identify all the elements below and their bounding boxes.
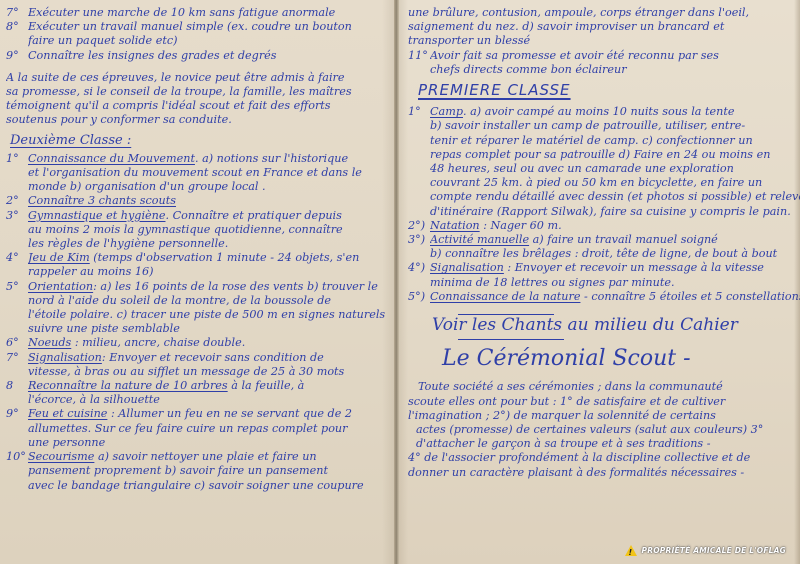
item-text: : Nager 60 m. <box>480 219 562 232</box>
item-number: 3°) <box>408 233 430 261</box>
item-title: Signalisation <box>28 351 102 364</box>
chants-note: Voir les Chants au milieu du Cahier <box>432 318 786 332</box>
list-item: 2° Connaître 3 chants scouts <box>6 194 388 208</box>
item-text: : Allumer un feu en ne se servant que de… <box>107 407 352 420</box>
item-number: 7° <box>6 351 28 379</box>
item-text: l'écorce, à la silhouette <box>28 393 388 407</box>
list-item: 7° Signalisation: Envoyer et recevoir sa… <box>6 351 388 379</box>
item-title: Reconnaître la nature de 10 arbres <box>28 379 228 392</box>
item-number: 10° <box>6 450 28 493</box>
item-text: suivre une piste semblable <box>28 322 388 336</box>
paragraph-line: témoignent qu'il a compris l'idéal scout… <box>6 99 388 113</box>
item-text: couvrant 25 km. à pied ou 50 km en bicyc… <box>430 176 800 190</box>
item-text: tenir et réparer le matériel de camp. c)… <box>430 134 800 148</box>
item-text: - connaître 5 étoiles et 5 constellation… <box>580 290 800 303</box>
item-text: b) savoir installer un camp de patrouill… <box>430 119 800 133</box>
paragraph-line: Toute société a ses cérémonies ; dans la… <box>408 380 786 394</box>
list-item: 5°) Connaissance de la nature - connaîtr… <box>408 290 786 304</box>
paragraph-line: donner un caractère plaisant à des forma… <box>408 466 786 480</box>
watermark-text: PROPRIÉTÉ AMICALE DE L'OFLAG <box>642 544 786 558</box>
list-item: 4°) Signalisation : Envoyer et recevoir … <box>408 261 786 289</box>
list-item: 4° Jeu de Kim (temps d'observation 1 min… <box>6 251 388 279</box>
item-text: d'itinéraire (Rapport Silwak), faire sa … <box>430 205 800 219</box>
item-text: Avoir fait sa promesse et avoir été reco… <box>430 49 786 63</box>
paragraph-line: une brûlure, contusion, ampoule, corps é… <box>408 6 786 20</box>
list-item: 1° Camp. a) avoir campé au moins 10 nuit… <box>408 105 786 219</box>
paragraph-line: soutenus pour y conformer sa conduite. <box>6 113 388 127</box>
item-text: pansement proprement b) savoir faire un … <box>28 464 388 478</box>
section-heading-deuxieme-classe: Deuxième Classe : <box>10 134 388 148</box>
item-text: a) faire un travail manuel soigné <box>529 233 718 246</box>
item-title: Jeu de Kim <box>28 251 90 264</box>
item-number: 1° <box>6 152 28 195</box>
list-item: 5° Orientation: a) les 16 points de la r… <box>6 280 388 337</box>
item-number: 4° <box>6 251 28 279</box>
item-number: 2° <box>6 194 28 208</box>
item-number: 9° <box>6 407 28 450</box>
ceremonial-paragraph: Toute société a ses cérémonies ; dans la… <box>408 380 786 479</box>
item-text: les règles de l'hygiène personnelle. <box>28 237 388 251</box>
item-text: chefs directs comme bon éclaireur <box>430 63 786 77</box>
item-number: 5° <box>6 280 28 337</box>
item-number: 8° <box>6 20 28 48</box>
item-text: nord à l'aide du soleil de la montre, de… <box>28 294 388 308</box>
paragraph-line: 4° de l'associer profondément à la disci… <box>408 451 786 465</box>
watermark: PROPRIÉTÉ AMICALE DE L'OFLAG <box>625 544 786 558</box>
item-title: Connaissance du Mouvement <box>28 152 195 165</box>
list-item: 8 Reconnaître la nature de 10 arbres à l… <box>6 379 388 407</box>
item-text: . a) avoir campé au moins 10 nuits sous … <box>463 105 734 118</box>
item-text: monde b) organisation d'un groupe local … <box>28 180 388 194</box>
list-item: 2°) Natation : Nager 60 m. <box>408 219 786 233</box>
item-number: 11° <box>408 49 430 77</box>
item-title: Natation <box>430 219 480 232</box>
list-item: 10° Secourisme a) savoir nettoyer une pl… <box>6 450 388 493</box>
item-number: 2°) <box>408 219 430 233</box>
item-text: vitesse, à bras ou au sifflet un message… <box>28 365 388 379</box>
item-text: rappeler au moins 16) <box>28 265 388 279</box>
list-item: 9° Feu et cuisine : Allumer un feu en ne… <box>6 407 388 450</box>
item-number: 3° <box>6 209 28 252</box>
left-page: 7° Exécuter une marche de 10 km sans fat… <box>0 0 396 564</box>
item-number: 9° <box>6 49 28 63</box>
item-title: Camp <box>430 105 463 118</box>
item-text: allumettes. Sur ce feu faire cuire un re… <box>28 422 388 436</box>
list-item: 8° Exécuter un travail manuel simple (ex… <box>6 20 388 48</box>
item-title: Activité manuelle <box>430 233 529 246</box>
section-heading-premiere-classe: PREMIERE CLASSE <box>418 83 786 97</box>
secourisme-continuation: une brûlure, contusion, ampoule, corps é… <box>408 6 786 49</box>
item-title: Connaissance de la nature <box>430 290 580 303</box>
list-item: 1° Connaissance du Mouvement. a) notions… <box>6 152 388 195</box>
paragraph-line: A la suite de ces épreuves, le novice pe… <box>6 71 388 85</box>
item-title: Gymnastique et hygiène <box>28 209 165 222</box>
item-number: 4°) <box>408 261 430 289</box>
item-title: Connaître 3 chants scouts <box>28 194 176 207</box>
item-title: Orientation <box>28 280 93 293</box>
paragraph-line: actes (promesse) de certaines valeurs (s… <box>408 423 786 437</box>
item-title: Signalisation <box>430 261 504 274</box>
list-item: 3°) Activité manuelle a) faire un travai… <box>408 233 786 261</box>
item-text: a) savoir nettoyer une plaie et faire un <box>94 450 316 463</box>
item-text: : milieu, ancre, chaise double. <box>71 336 245 349</box>
item-text: (temps d'observation 1 minute - 24 objet… <box>90 251 360 264</box>
item-text: à la feuille, à <box>228 379 305 392</box>
item-text: et l'organisation du mouvement scout en … <box>28 166 388 180</box>
item-text: compte rendu détaillé avec dessin (et ph… <box>430 190 800 204</box>
heading-text: Deuxième Classe : <box>10 133 131 148</box>
item-number: 5°) <box>408 290 430 304</box>
item-text: 48 heures, seul ou avec un camarade une … <box>430 162 800 176</box>
item-text: : Envoyer et recevoir sans condition de <box>102 351 324 364</box>
heading-text: PREMIERE CLASSE <box>418 81 571 99</box>
right-page: une brûlure, contusion, ampoule, corps é… <box>396 0 800 564</box>
item-number: 1° <box>408 105 430 219</box>
item-number: 7° <box>6 6 28 20</box>
paragraph-line: scoute elles ont pour but : 1° de satisf… <box>408 395 786 409</box>
item-number: 6° <box>6 336 28 350</box>
item-title: Secourisme <box>28 450 94 463</box>
promise-paragraph: A la suite de ces épreuves, le novice pe… <box>6 71 388 128</box>
paragraph-line: l'imagination ; 2°) de marquer la solenn… <box>408 409 786 423</box>
item-text: b) connaître les brêlages : droit, tête … <box>430 247 786 261</box>
list-item: 11° Avoir fait sa promesse et avoir été … <box>408 49 786 77</box>
item-text: l'étoile polaire. c) tracer une piste de… <box>28 308 388 322</box>
item-text: repas complet pour sa patrouille d) Fair… <box>430 148 800 162</box>
item-number: 8 <box>6 379 28 407</box>
item-text: : Envoyer et recevoir un message à la vi… <box>504 261 764 274</box>
ceremonial-title: Le Cérémonial Scout - <box>442 352 786 366</box>
item-text: minima de 18 lettres ou signes par minut… <box>430 276 786 290</box>
item-text: faire un paquet solide etc) <box>28 34 388 48</box>
warning-icon <box>625 545 637 556</box>
item-text: . Connaître et pratiquer depuis <box>165 209 341 222</box>
item-title: Noeuds <box>28 336 71 349</box>
item-text: Exécuter une marche de 10 km sans fatigu… <box>28 6 388 20</box>
item-text: : a) les 16 points de la rose des vents … <box>93 280 378 293</box>
item-text: Connaître les insignes des grades et deg… <box>28 49 388 63</box>
item-text: Exécuter un travail manuel simple (ex. c… <box>28 20 388 34</box>
notebook-spread: 7° Exécuter une marche de 10 km sans fat… <box>0 0 800 564</box>
paragraph-line: saignement du nez. d) savoir improviser … <box>408 20 786 34</box>
list-item: 7° Exécuter une marche de 10 km sans fat… <box>6 6 388 20</box>
item-text: avec le bandage triangulaire c) savoir s… <box>28 479 388 493</box>
list-item: 3° Gymnastique et hygiène. Connaître et … <box>6 209 388 252</box>
item-title: Feu et cuisine <box>28 407 107 420</box>
paragraph-line: sa promesse, si le conseil de la troupe,… <box>6 85 388 99</box>
item-text: au moins 2 mois la gymnastique quotidien… <box>28 223 388 237</box>
notebook-spine <box>394 0 399 564</box>
list-item: 9° Connaître les insignes des grades et … <box>6 49 388 63</box>
item-text: . a) notions sur l'historique <box>195 152 348 165</box>
paragraph-line: transporter un blessé <box>408 34 786 48</box>
paragraph-line: d'attacher le garçon à sa troupe et à se… <box>408 437 786 451</box>
list-item: 6° Noeuds : milieu, ancre, chaise double… <box>6 336 388 350</box>
item-text: une personne <box>28 436 388 450</box>
